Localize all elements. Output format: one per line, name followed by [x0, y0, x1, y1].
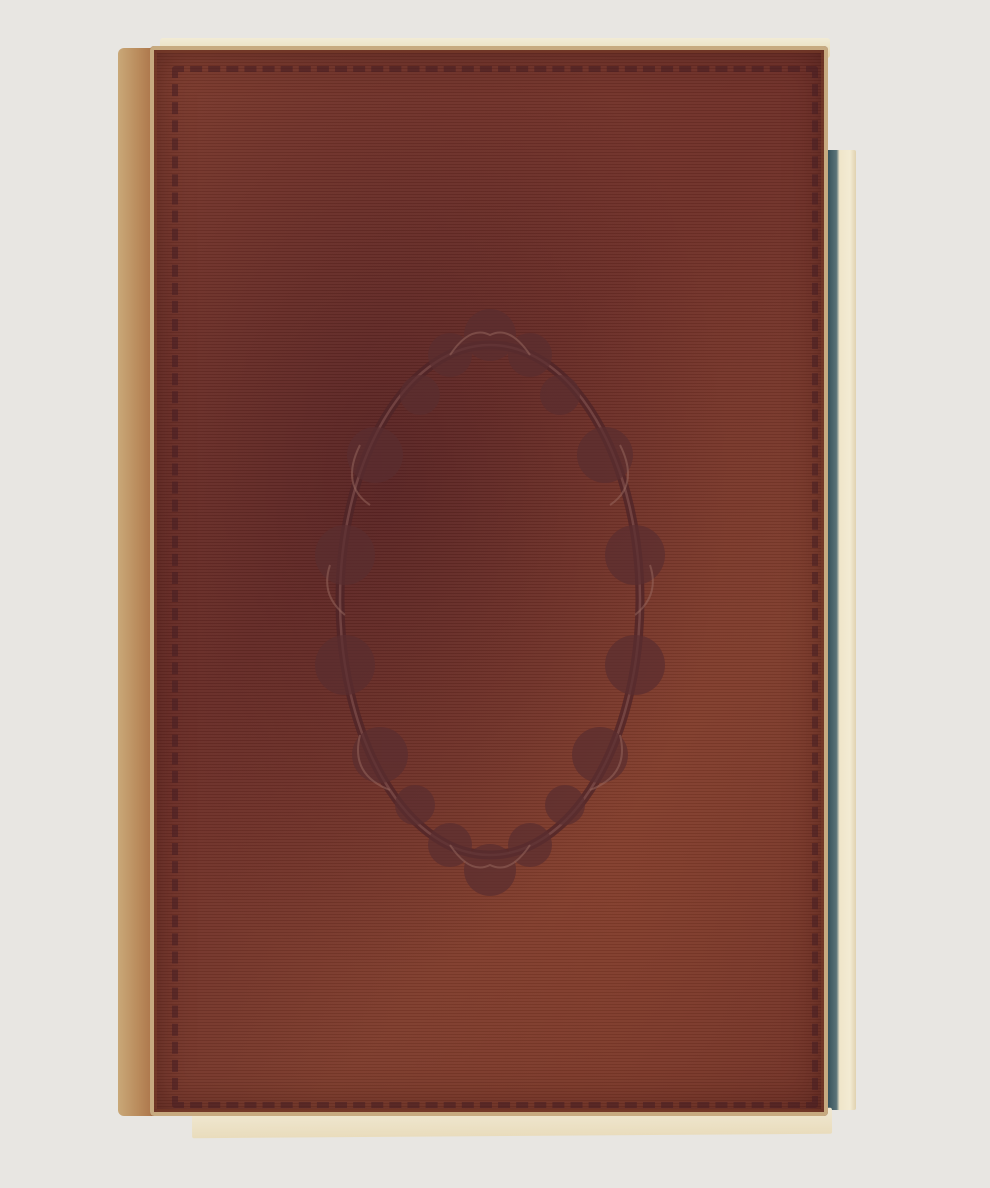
- book-photo: [0, 0, 990, 1188]
- floral-cartouche-icon: [300, 295, 680, 910]
- page-edge-right: [826, 150, 856, 1110]
